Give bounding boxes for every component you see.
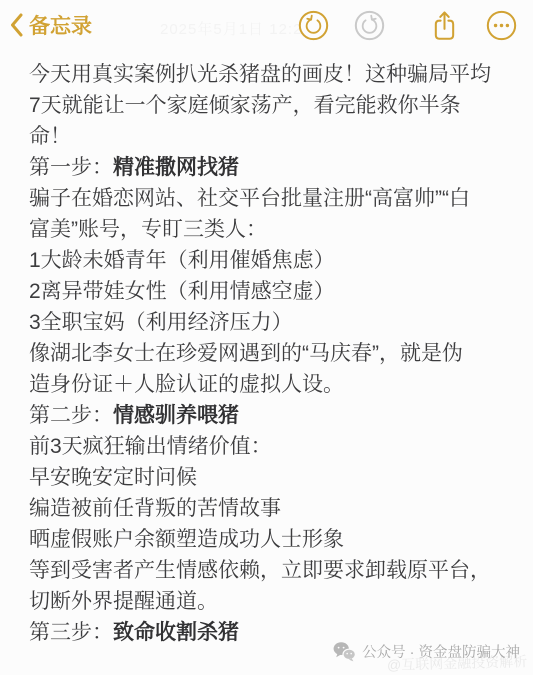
note-text-segment: 3全职宝妈（利用经济压力） [29,311,293,334]
note-line: 造身份证＋人脸认证的虚拟人设。 [29,369,509,400]
note-line: 等到受害者产生情感依赖，立即要求卸载原平台， [29,555,509,586]
note-text-segment: 骗子在婚恋网站、社交平台批量注册“高富帅”“白 [29,187,470,210]
header-actions [298,0,517,50]
back-button-label: 备忘录 [29,10,92,40]
note-text-segment: 今天用真实案例扒光杀猪盘的画皮！这种骗局平均 [29,63,491,86]
note-text-segment: 命！ [29,125,71,148]
note-text-block: 今天用真实案例扒光杀猪盘的画皮！这种骗局平均7天就能让一个家庭倾家荡产，看完能救… [29,59,509,648]
note-text-segment: 编造被前任背叛的苦情故事 [29,497,281,520]
note-text-segment: 2离异带娃女性（利用情感空虚） [29,280,335,303]
note-line: 7天就能让一个家庭倾家荡产，看完能救你半条 [29,90,509,121]
note-text-segment: 早安晚安定时问候 [29,466,197,489]
note-line: 骗子在婚恋网站、社交平台批量注册“高富帅”“白 [29,183,509,214]
note-line: 3全职宝妈（利用经济压力） [29,307,509,338]
back-chevron-icon [10,13,23,37]
note-text-bold-segment: 情感驯养喂猪 [113,404,239,427]
note-line: 命！ [29,121,509,152]
undo-button[interactable] [298,10,329,41]
note-line: 今天用真实案例扒光杀猪盘的画皮！这种骗局平均 [29,59,509,90]
redo-icon [354,10,385,41]
note-text-segment: 造身份证＋人脸认证的虚拟人设。 [29,373,344,396]
note-text-bold-segment: 精准撒网找猪 [113,156,239,179]
note-line: 2离异带娃女性（利用情感空虚） [29,276,509,307]
note-line: 早安晚安定时问候 [29,462,509,493]
note-text-segment: 晒虚假账户余额塑造成功人士形象 [29,528,344,551]
note-text-segment: 第一步： [29,156,113,179]
note-line: 富美”账号，专盯三类人： [29,214,509,245]
note-text-segment: 第三步： [29,621,113,644]
note-text-segment: 富美”账号，专盯三类人： [29,218,267,241]
share-icon [431,9,458,42]
note-text-segment: 像湖北李女士在珍爱网遇到的“马庆春”，就是伪 [29,342,463,365]
note-line: 切断外界提醒通道。 [29,586,509,617]
note-line: 像湖北李女士在珍爱网遇到的“马庆春”，就是伪 [29,338,509,369]
note-editor[interactable]: 今天用真实案例扒光杀猪盘的画皮！这种骗局平均7天就能让一个家庭倾家荡产，看完能救… [0,0,533,675]
note-line: 前3天疯狂输出情绪价值： [29,431,509,462]
note-text-segment: 1大龄未婚青年（利用催婚焦虑） [29,249,335,272]
note-line: 晒虚假账户余额塑造成功人士形象 [29,524,509,555]
wechat-icon [333,641,356,662]
note-text-segment: 第二步： [29,404,113,427]
redo-button[interactable] [354,10,385,41]
note-line: 编造被前任背叛的苦情故事 [29,493,509,524]
more-button[interactable] [486,10,517,41]
note-text-segment: 等到受害者产生情感依赖，立即要求卸载原平台， [29,559,491,582]
note-line: 第二步：情感驯养喂猪 [29,400,509,431]
note-line: 第一步：精准撒网找猪 [29,152,509,183]
undo-icon [298,10,329,41]
note-line: 1大龄未婚青年（利用催婚焦虑） [29,245,509,276]
share-button[interactable] [431,9,458,42]
back-button[interactable]: 备忘录 [10,10,92,40]
more-icon [486,10,517,41]
note-text-segment: 7天就能让一个家庭倾家荡产，看完能救你半条 [29,94,461,117]
notes-app-screen: 备忘录 2025年5月1日 12:2 [0,0,533,675]
note-text-segment: 前3天疯狂输出情绪价值： [29,435,272,458]
note-text-segment: 切断外界提醒通道。 [29,590,218,613]
note-text-bold-segment: 致命收割杀猪 [113,621,239,644]
faint-handle-watermark: @互联网金融投资解析 [387,651,528,675]
